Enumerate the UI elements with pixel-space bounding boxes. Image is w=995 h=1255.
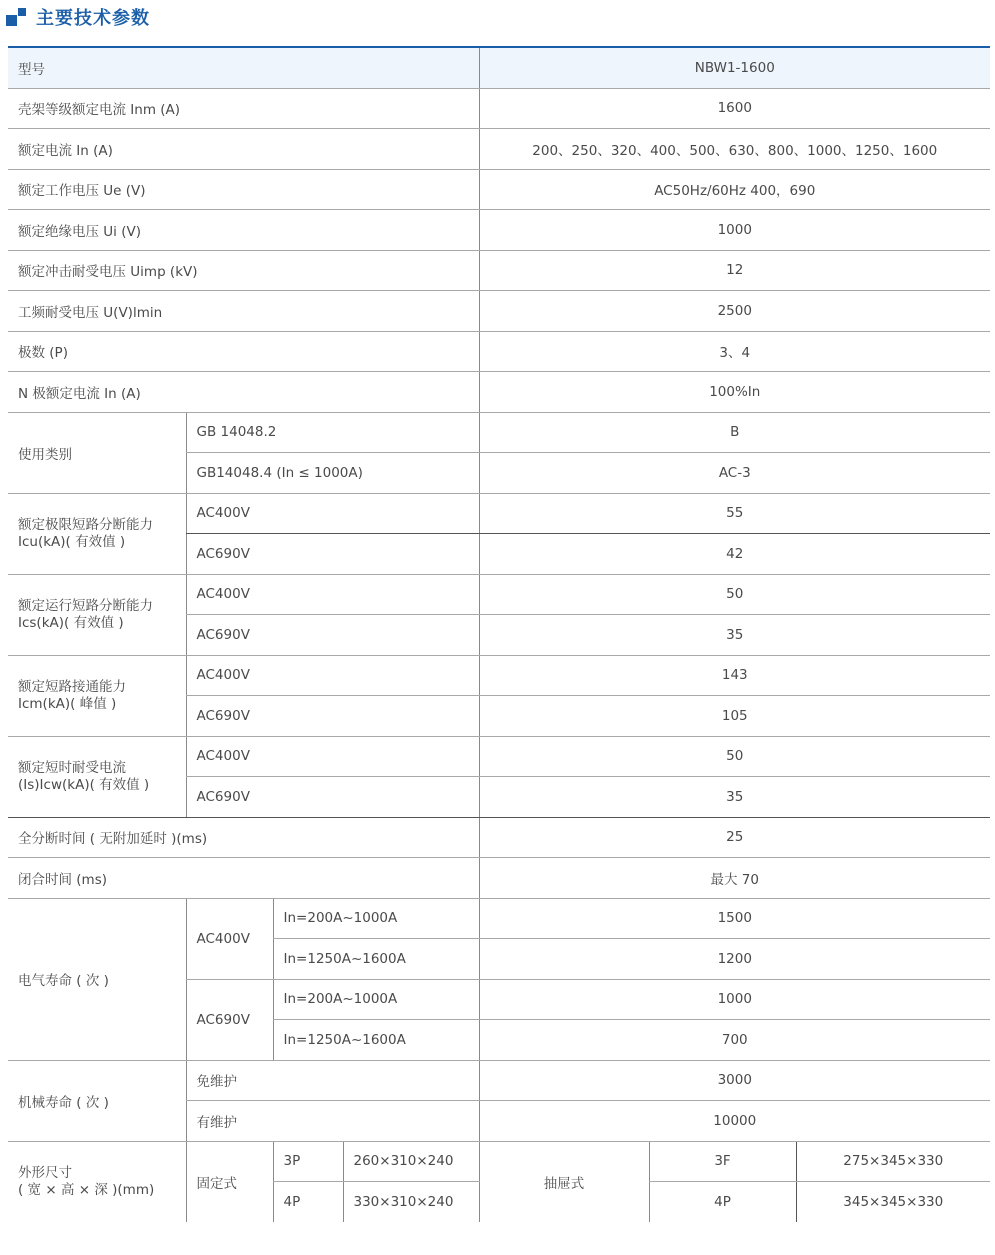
table-row: 额定绝缘电压 Ui (V)1000 xyxy=(8,210,990,251)
table-row: 额定电流 In (A)200、250、320、400、500、630、800、1… xyxy=(8,129,990,170)
table-row: 极数 (P)3、4 xyxy=(8,331,990,372)
voltage-label: AC400V xyxy=(186,898,273,979)
size-value: 330×310×240 xyxy=(343,1182,479,1222)
dimensions-label: 外形尺寸( 宽 × 高 × 深 )(mm) xyxy=(8,1141,186,1222)
row-label: 全分断时间 ( 无附加延时 )(ms) xyxy=(8,817,479,858)
usage-sub: GB 14048.2 xyxy=(186,412,479,453)
usage-label: 使用类别 xyxy=(8,412,186,493)
table-row-usage: 使用类别 GB 14048.2 B xyxy=(8,412,990,453)
table-row: 工频耐受电压 U(V)lmin2500 xyxy=(8,291,990,332)
mech-life-label: 机械寿命 ( 次 ) xyxy=(8,1060,186,1141)
row-sub: AC690V xyxy=(186,696,479,737)
table-row: N 极额定电流 In (A)100%In xyxy=(8,372,990,413)
row-value: 35 xyxy=(479,777,990,818)
row-sub: AC400V xyxy=(186,574,479,615)
row-value: 2500 xyxy=(479,291,990,332)
ics-label: 额定运行短路分断能力Ics(kA)( 有效值 ) xyxy=(8,574,186,655)
row-value: 50 xyxy=(479,736,990,777)
section-title-text: 主要技术参数 xyxy=(36,4,150,30)
row-value: 3000 xyxy=(479,1060,990,1101)
row-value: 1000 xyxy=(479,979,990,1020)
row-label: 壳架等级额定电流 Inm (A) xyxy=(8,88,479,129)
icw-label: 额定短时耐受电流(Is)Icw(kA)( 有效值 ) xyxy=(8,736,186,817)
poles-label: 3F xyxy=(649,1141,796,1182)
size-value: 275×345×330 xyxy=(796,1141,990,1182)
row-value: 100%In xyxy=(479,372,990,413)
usage-value: B xyxy=(479,412,990,453)
row-value: 700 xyxy=(479,1020,990,1061)
row-label: 闭合时间 (ms) xyxy=(8,858,479,899)
row-label: 极数 (P) xyxy=(8,331,479,372)
row-label: 额定绝缘电压 Ui (V) xyxy=(8,210,479,251)
table-row-elec-life: 电气寿命 ( 次 ) AC400V In=200A~1000A 1500 xyxy=(8,898,990,939)
table-row-icm: 额定短路接通能力Icm(kA)( 峰值 ) AC400V 143 xyxy=(8,655,990,696)
row-value: 1000 xyxy=(479,210,990,251)
row-value: 1500 xyxy=(479,898,990,939)
row-value: 12 xyxy=(479,250,990,291)
row-sub: AC690V xyxy=(186,777,479,818)
range-label: In=200A~1000A xyxy=(273,898,479,939)
table-row: 额定工作电压 Ue (V)AC50Hz/60Hz 400，690 xyxy=(8,169,990,210)
table-row-ics: 额定运行短路分断能力Ics(kA)( 有效值 ) AC400V 50 xyxy=(8,574,990,615)
row-value: 3、4 xyxy=(479,331,990,372)
range-label: In=1250A~1600A xyxy=(273,1020,479,1061)
icm-label: 额定短路接通能力Icm(kA)( 峰值 ) xyxy=(8,655,186,736)
size-value: 260×310×240 xyxy=(343,1141,479,1182)
table-row-icw: 额定短时耐受电流(Is)Icw(kA)( 有效值 ) AC400V 50 xyxy=(8,736,990,777)
row-value: 35 xyxy=(479,615,990,656)
row-value: 1600 xyxy=(479,88,990,129)
poles-label: 3P xyxy=(273,1141,343,1182)
row-value: 105 xyxy=(479,696,990,737)
range-label: In=1250A~1600A xyxy=(273,939,479,980)
table-row-mech-life: 机械寿命 ( 次 ) 免维护 3000 xyxy=(8,1060,990,1101)
row-value: 最大 70 xyxy=(479,858,990,899)
row-value: 1200 xyxy=(479,939,990,980)
range-label: In=200A~1000A xyxy=(273,979,479,1020)
size-value: 345×345×330 xyxy=(796,1182,990,1222)
row-sub: AC400V xyxy=(186,736,479,777)
row-value: 25 xyxy=(479,817,990,858)
table-row-break-time: 全分断时间 ( 无附加延时 )(ms) 25 xyxy=(8,817,990,858)
poles-label: 4P xyxy=(273,1182,343,1222)
row-value: 50 xyxy=(479,574,990,615)
drawout-label: 抽屉式 xyxy=(479,1141,649,1222)
usage-value: AC-3 xyxy=(479,453,990,494)
section-title: 主要技术参数 xyxy=(6,3,150,31)
poles-label: 4P xyxy=(649,1182,796,1222)
row-value: AC50Hz/60Hz 400，690 xyxy=(479,169,990,210)
row-value: 143 xyxy=(479,655,990,696)
row-label: 额定电流 In (A) xyxy=(8,129,479,170)
row-label: 额定冲击耐受电压 Uimp (kV) xyxy=(8,250,479,291)
table-row: 额定冲击耐受电压 Uimp (kV)12 xyxy=(8,250,990,291)
voltage-label: AC690V xyxy=(186,979,273,1060)
fixed-label: 固定式 xyxy=(186,1141,273,1222)
usage-sub: GB14048.4 (In ≤ 1000A) xyxy=(186,453,479,494)
row-value: 42 xyxy=(479,534,990,575)
row-value: 55 xyxy=(479,493,990,534)
row-sub: AC690V xyxy=(186,534,479,575)
model-value: NBW1-1600 xyxy=(479,47,990,88)
table-row: 壳架等级额定电流 Inm (A)1600 xyxy=(8,88,990,129)
row-sub: AC400V xyxy=(186,655,479,696)
section-logo-icon xyxy=(6,6,28,28)
table-row-model: 型号 NBW1-1600 xyxy=(8,47,990,88)
table-row-icu: 额定极限短路分断能力Icu(kA)( 有效值 ) AC400V 55 xyxy=(8,493,990,534)
row-label: 工频耐受电压 U(V)lmin xyxy=(8,291,479,332)
elec-life-label: 电气寿命 ( 次 ) xyxy=(8,898,186,1060)
row-sub: 免维护 xyxy=(186,1060,479,1101)
row-sub: AC690V xyxy=(186,615,479,656)
row-value: 10000 xyxy=(479,1101,990,1142)
spec-table: 型号 NBW1-1600 壳架等级额定电流 Inm (A)1600 额定电流 I… xyxy=(8,46,990,1222)
row-sub: 有维护 xyxy=(186,1101,479,1142)
row-sub: AC400V xyxy=(186,493,479,534)
table-row-dimensions: 外形尺寸( 宽 × 高 × 深 )(mm) 固定式 3P 260×310×240… xyxy=(8,1141,990,1182)
table-row-close-time: 闭合时间 (ms) 最大 70 xyxy=(8,858,990,899)
model-label: 型号 xyxy=(8,47,479,88)
row-label: 额定工作电压 Ue (V) xyxy=(8,169,479,210)
row-label: N 极额定电流 In (A) xyxy=(8,372,479,413)
icu-label: 额定极限短路分断能力Icu(kA)( 有效值 ) xyxy=(8,493,186,574)
row-value: 200、250、320、400、500、630、800、1000、1250、16… xyxy=(479,129,990,170)
